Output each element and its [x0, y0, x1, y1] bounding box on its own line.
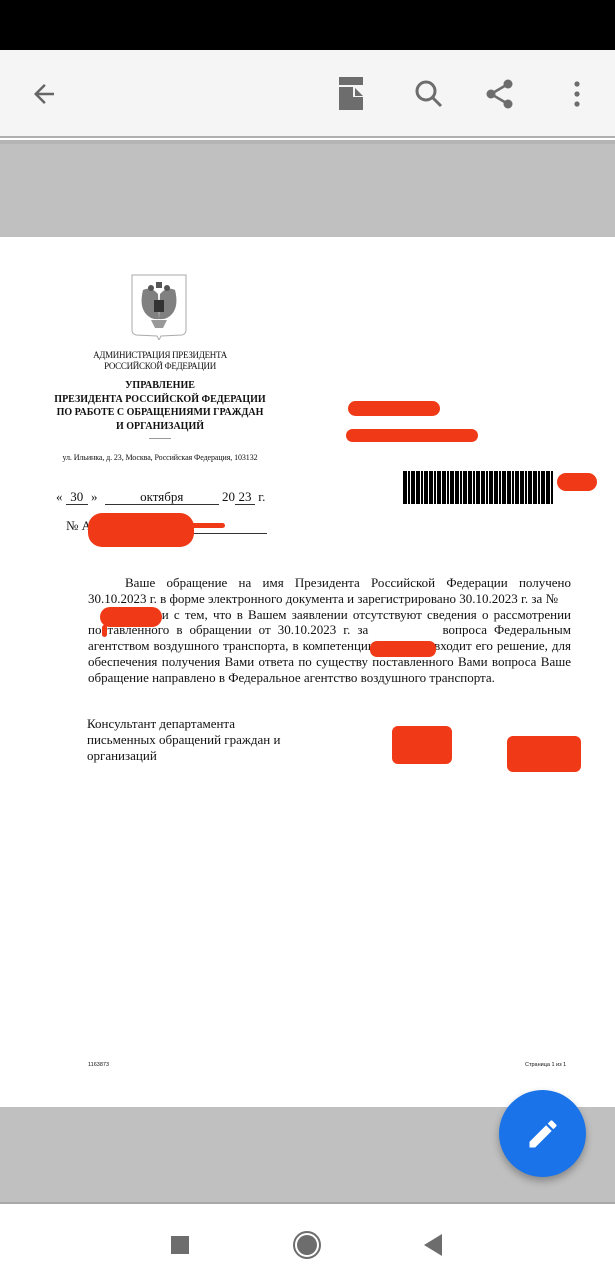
- circle-icon: [292, 1230, 322, 1260]
- signer-line-3: организаций: [87, 748, 307, 764]
- signer-line-2: письменных обращений граждан и: [87, 732, 307, 748]
- redacted-barcode-number: [557, 473, 597, 491]
- date-month: октября: [105, 490, 219, 505]
- date-quote-close: »: [91, 489, 98, 504]
- signer-title: Консультант департамента письменных обра…: [87, 716, 307, 764]
- letter-body: Ваше обращение на имя Президента Российс…: [88, 575, 571, 686]
- redacted-recipient-line-2: [346, 429, 478, 442]
- divider: [149, 438, 171, 439]
- dept-line-4: И ОРГАНИЗАЦИЙ: [40, 420, 280, 434]
- status-bar: [0, 0, 615, 50]
- share-button[interactable]: [478, 72, 522, 116]
- pencil-icon: [525, 1116, 561, 1152]
- coat-of-arms-icon: [131, 274, 187, 340]
- system-navigation-bar: [0, 1205, 615, 1280]
- page-layout-icon: [339, 77, 365, 111]
- edit-fab-button[interactable]: [499, 1090, 586, 1177]
- document-date: « 30 » октября 2023 г.: [56, 489, 265, 505]
- dept-line-2: ПРЕЗИДЕНТА РОССИЙСКОЙ ФЕДЕРАЦИИ: [40, 393, 280, 407]
- admin-line-1: АДМИНИСТРАЦИЯ ПРЕЗИДЕНТА: [40, 350, 280, 361]
- address: ул. Ильинка, д. 23, Москва, Российская Ф…: [40, 453, 280, 462]
- redacted-recipient-line-1: [348, 401, 440, 416]
- redacted-signature: [392, 726, 452, 764]
- document-code: 1163873: [88, 1062, 109, 1068]
- square-icon: [171, 1236, 189, 1254]
- top-app-bar: [0, 50, 615, 138]
- admin-line-2: РОССИЙСКОЙ ФЕДЕРАЦИИ: [40, 361, 280, 372]
- view-mode-button[interactable]: [330, 72, 374, 116]
- home-button[interactable]: [287, 1225, 327, 1265]
- triangle-back-icon: [424, 1234, 442, 1256]
- dept-line-3: ПО РАБОТЕ С ОБРАЩЕНИЯМИ ГРАЖДАН: [40, 406, 280, 420]
- redacted-registration-number-tail: [102, 625, 107, 637]
- organization-header: АДМИНИСТРАЦИЯ ПРЕЗИДЕНТА РОССИЙСКОЙ ФЕДЕ…: [40, 350, 280, 439]
- recents-button[interactable]: [160, 1225, 200, 1265]
- paragraph-1: Ваше обращение на имя Президента Российс…: [88, 575, 571, 607]
- back-nav-button[interactable]: [413, 1225, 453, 1265]
- date-suffix: г.: [258, 489, 265, 504]
- share-icon: [484, 78, 516, 110]
- page-indicator: Страница 1 из 1: [525, 1062, 566, 1068]
- redacted-signer-name: [507, 736, 581, 772]
- more-vertical-icon: [573, 80, 581, 108]
- dept-line-1: УПРАВЛЕНИЕ: [40, 379, 280, 393]
- search-icon: [413, 78, 445, 110]
- signer-line-1: Консультант департамента: [87, 716, 307, 732]
- redacted-document-number: [88, 513, 194, 547]
- redacted-registration-number: [100, 607, 162, 627]
- date-day: 30: [66, 490, 88, 505]
- date-year: 23: [235, 490, 255, 505]
- date-quote-open: «: [56, 489, 63, 504]
- search-button[interactable]: [407, 72, 451, 116]
- department-name: УПРАВЛЕНИЕ ПРЕЗИДЕНТА РОССИЙСКОЙ ФЕДЕРАЦ…: [40, 379, 280, 433]
- redacted-inline-number: [370, 641, 436, 657]
- arrow-left-icon: [29, 79, 59, 109]
- date-century: 20: [222, 489, 235, 504]
- document-page[interactable]: АДМИНИСТРАЦИЯ ПРЕЗИДЕНТА РОССИЙСКОЙ ФЕДЕ…: [0, 237, 615, 1107]
- redacted-number-tail: [185, 523, 225, 528]
- viewer-background-top: [0, 140, 615, 237]
- barcode: [403, 471, 553, 504]
- more-options-button[interactable]: [555, 72, 599, 116]
- back-button[interactable]: [22, 72, 66, 116]
